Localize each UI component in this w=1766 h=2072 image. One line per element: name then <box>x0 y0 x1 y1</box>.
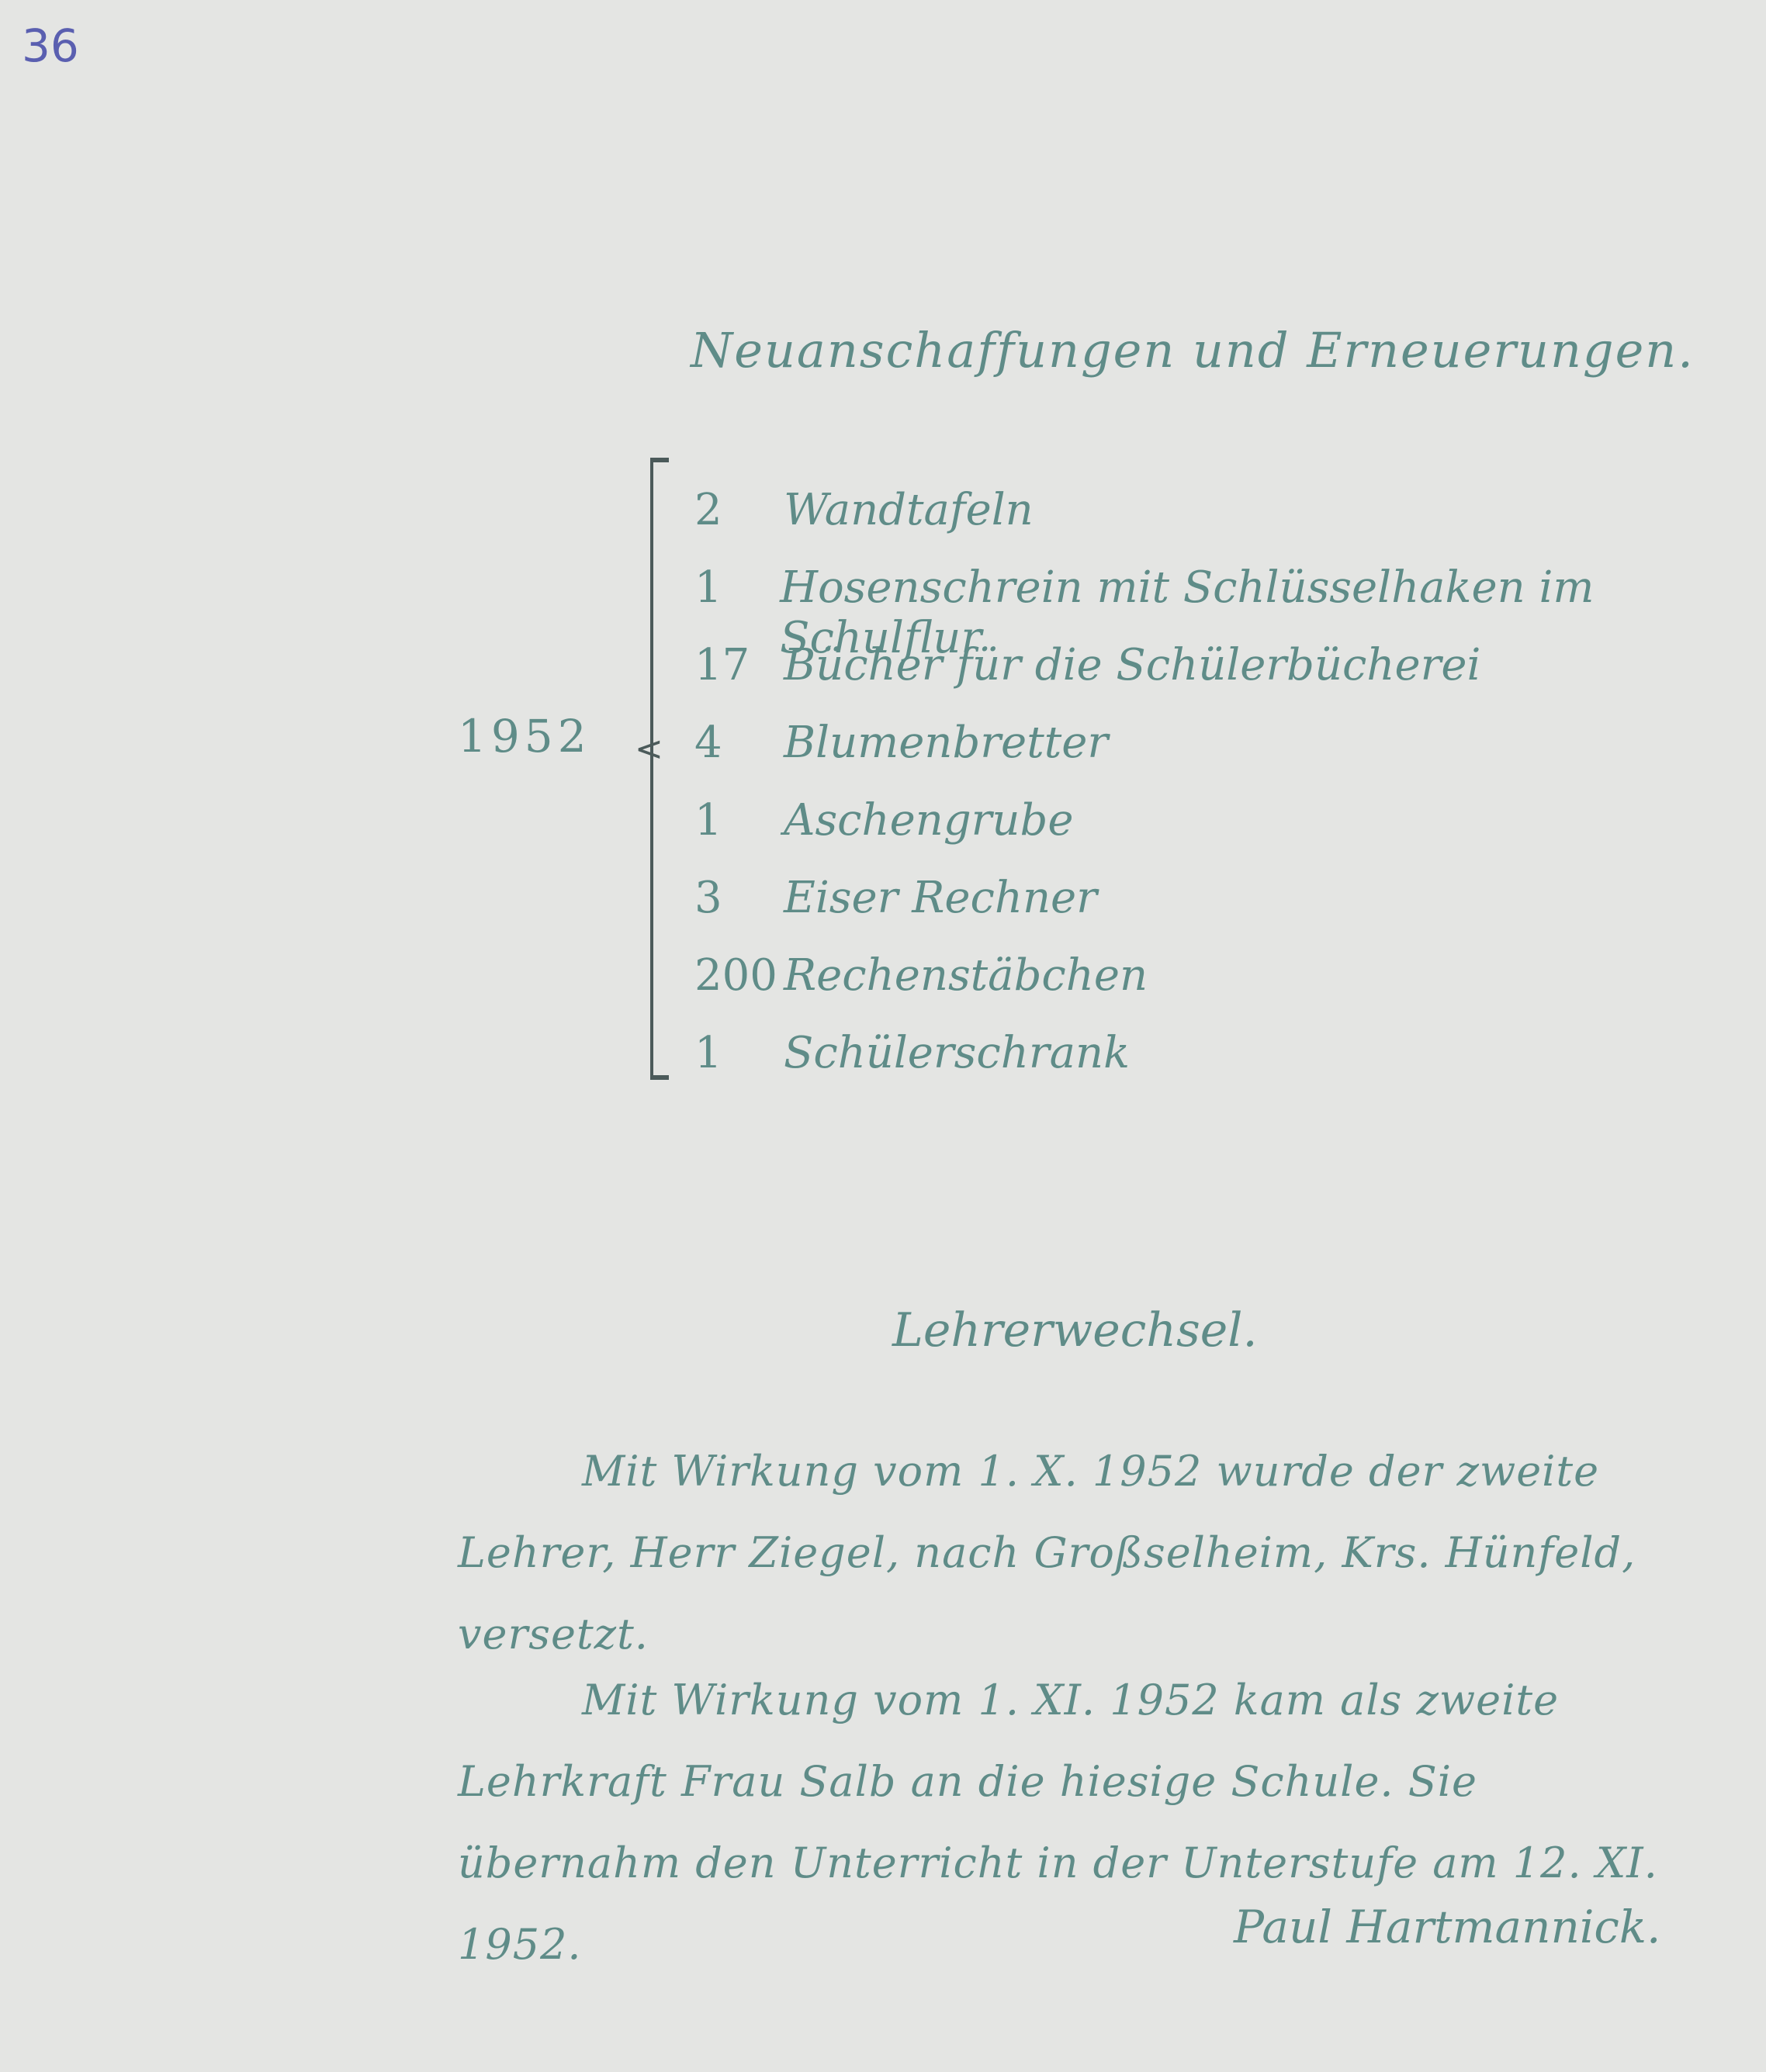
item-label: Blumenbretter <box>784 718 1108 768</box>
page-heading: Neuanschaffungen und Erneuerungen. <box>691 322 1695 379</box>
list-item: 2Wandtafeln <box>694 485 1766 562</box>
item-quantity: 17 <box>694 640 784 690</box>
section-title: Lehrerwechsel. <box>892 1303 1258 1358</box>
item-quantity: 4 <box>694 718 784 768</box>
item-label: Bücher für die Schülerbücherei <box>784 640 1480 690</box>
signature: Paul Hartmannick. <box>1234 1901 1660 1953</box>
list-item: 200Rechenstäbchen <box>694 950 1766 1028</box>
paragraph-teacher-transfer: Mit Wirkung vom 1. X. 1952 wurde der zwe… <box>458 1430 1684 1675</box>
list-item: 1Schülerschrank <box>694 1028 1766 1105</box>
item-label: Eiser Rechner <box>784 873 1097 923</box>
item-quantity: 3 <box>694 873 784 923</box>
page-number: 36 <box>22 19 79 72</box>
item-label: Schülerschrank <box>784 1028 1130 1078</box>
list-item: 3Eiser Rechner <box>694 873 1766 950</box>
item-quantity: 1 <box>694 562 780 613</box>
list-item: 1Aschengrube <box>694 795 1766 873</box>
item-label: Aschengrube <box>784 795 1074 846</box>
items-list: 2Wandtafeln 1Hosenschrein mit Schlüsselh… <box>694 485 1766 1105</box>
item-quantity: 1 <box>694 795 784 846</box>
item-quantity: 200 <box>694 950 784 1001</box>
item-quantity: 1 <box>694 1028 784 1078</box>
list-item: 4Blumenbretter <box>694 718 1766 795</box>
year-label: 1952 <box>458 710 591 763</box>
list-bracket <box>650 458 669 1080</box>
list-item: 1Hosenschrein mit Schlüsselhaken im Schu… <box>694 562 1766 640</box>
item-quantity: 2 <box>694 485 784 535</box>
item-label: Wandtafeln <box>784 485 1034 535</box>
item-label: Rechenstäbchen <box>784 950 1148 1001</box>
